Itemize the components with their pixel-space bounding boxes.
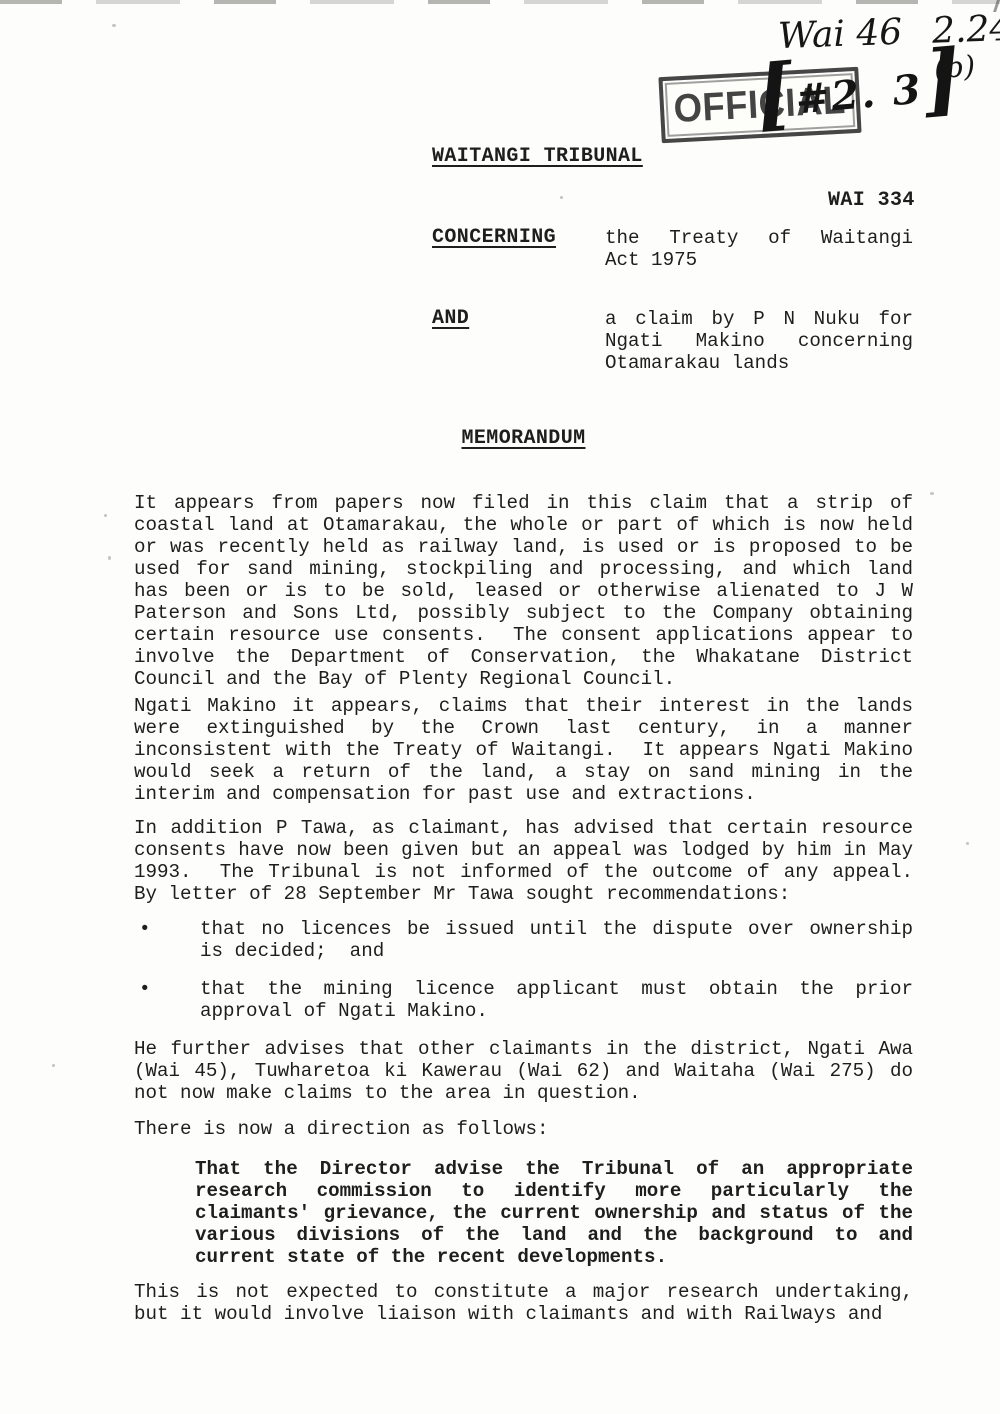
handwritten-bracket-right: ] [920, 39, 964, 120]
text-line: Ngati Makino it appears, claims that the… [134, 695, 913, 717]
text-line: that the mining licence applicant must o… [200, 978, 913, 1000]
text-line: involve the Department of Conservation, … [134, 646, 913, 668]
text-line: various divisions of the land and the ba… [195, 1224, 913, 1246]
text-line: is decided; and [200, 940, 913, 962]
text-line: but it would involve liaison with claima… [134, 1303, 913, 1325]
text-line: a claim by P N Nuku for [605, 308, 913, 330]
memo-paragraph-3: In addition P Tawa, as claimant, has adv… [134, 817, 913, 905]
text-line: In addition P Tawa, as claimant, has adv… [134, 817, 913, 839]
handwritten-stamp-number: #2. 3 [794, 65, 925, 123]
text-line: inconsistent with the Treaty of Waitangi… [134, 739, 913, 761]
text-line: That the Director advise the Tribunal of… [195, 1158, 913, 1180]
text-line: interim and compensation for past use an… [134, 783, 913, 805]
text-line: current state of the recent developments… [195, 1246, 913, 1268]
concerning-text: the Treaty of WaitangiAct 1975 [605, 227, 913, 271]
text-line: Ngati Makino concerning [605, 330, 913, 352]
text-line: There is now a direction as follows: [134, 1118, 913, 1140]
text-line: By letter of 28 September Mr Tawa sought… [134, 883, 913, 905]
text-line: approval of Ngati Makino. [200, 1000, 913, 1022]
text-line: has been or is to be sold, leased or oth… [134, 580, 913, 602]
tribunal-heading: WAITANGI TRIBUNAL [432, 146, 643, 168]
text-line: He further advises that other claimants … [134, 1038, 913, 1060]
bullet-icon: • [134, 978, 200, 1022]
bullet-icon: • [134, 918, 200, 962]
bullet-item-2: • that the mining licence applicant must… [134, 978, 913, 1022]
concerning-label-text: CONCERNING [432, 226, 556, 249]
and-label-text: AND [432, 307, 469, 330]
bullet-item-1-text: that no licences be issued until the dis… [200, 918, 913, 962]
text-line: would seek a return of the land, a stay … [134, 761, 913, 783]
memorandum-title-text: MEMORANDUM [461, 427, 585, 450]
text-line: This is not expected to constitute a maj… [134, 1281, 913, 1303]
text-line: used for sand mining, stockpiling and pr… [134, 558, 913, 580]
text-line: Council and the Bay of Plenty Regional C… [134, 668, 913, 690]
memo-paragraph-5: There is now a direction as follows: [134, 1118, 913, 1140]
scan-artifact-top-edge [0, 0, 1000, 4]
handwritten-stamp-annotation: [ #2. 3 ] [753, 39, 964, 135]
text-line: coastal land at Otamarakau, the whole or… [134, 514, 913, 536]
memorandum-title: MEMORANDUM [134, 428, 913, 450]
text-line: consents have now been given but an appe… [134, 839, 913, 861]
claim-number: WAI 334 [828, 190, 915, 212]
scan-speck [560, 196, 563, 199]
tribunal-heading-text: WAITANGI TRIBUNAL [432, 145, 643, 168]
memo-paragraph-4: He further advises that other claimants … [134, 1038, 913, 1104]
direction-quote: That the Director advise the Tribunal of… [195, 1158, 913, 1268]
text-line: It appears from papers now filed in this… [134, 492, 913, 514]
scan-speck [112, 24, 116, 27]
text-line: Otamarakau lands [605, 352, 913, 374]
bullet-item-2-text: that the mining licence applicant must o… [200, 978, 913, 1022]
scan-speck [52, 1064, 55, 1067]
memo-paragraph-6: This is not expected to constitute a maj… [134, 1281, 913, 1325]
scan-speck [104, 514, 107, 517]
text-line: Act 1975 [605, 249, 913, 271]
text-line: not now make claims to the area in quest… [134, 1082, 913, 1104]
text-line: (Wai 45), Tuwharetoa ki Kawerau (Wai 62)… [134, 1060, 913, 1082]
scanned-memorandum-page: Wai 462.24 (b) OFFICIAL [ #2. 3 ] WAITAN… [0, 0, 1000, 1414]
text-line: claimants' grievance, the current owners… [195, 1202, 913, 1224]
concerning-label: CONCERNING [432, 227, 556, 249]
text-line: research commission to identify more par… [195, 1180, 913, 1202]
and-text: a claim by P N Nuku forNgati Makino conc… [605, 308, 913, 374]
text-line: or was recently held as railway land, is… [134, 536, 913, 558]
scan-speck [930, 492, 934, 495]
text-line: the Treaty of Waitangi [605, 227, 913, 249]
scan-speck [108, 556, 111, 560]
text-line: that no licences be issued until the dis… [200, 918, 913, 940]
handwritten-bracket-left: [ [753, 54, 797, 135]
bullet-item-1: • that no licences be issued until the d… [134, 918, 913, 962]
memo-paragraph-1: It appears from papers now filed in this… [134, 492, 913, 690]
text-line: 1993. The Tribunal is not informed of th… [134, 861, 913, 883]
memo-paragraph-2: Ngati Makino it appears, claims that the… [134, 695, 913, 805]
and-label: AND [432, 308, 469, 330]
scan-speck [966, 842, 969, 845]
text-line: certain resource use consents. The conse… [134, 624, 913, 646]
text-line: were extinguished by the Crown last cent… [134, 717, 913, 739]
text-line: Paterson and Sons Ltd, possibly subject … [134, 602, 913, 624]
